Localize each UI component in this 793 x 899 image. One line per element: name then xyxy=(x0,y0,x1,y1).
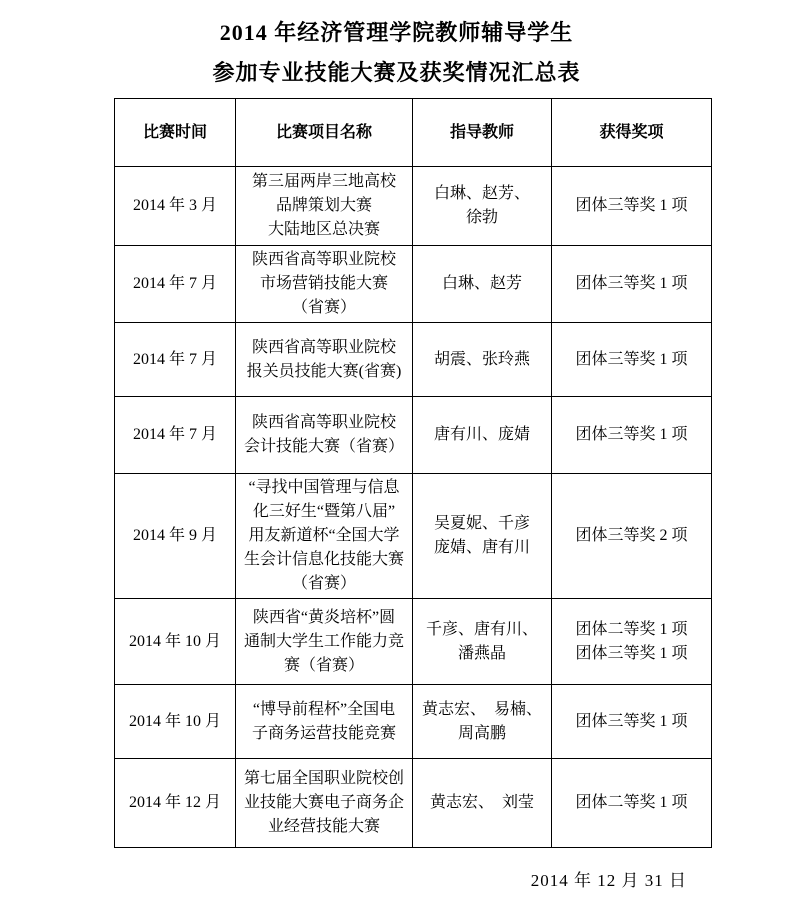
cell-award: 团体二等奖 1 项 xyxy=(552,759,712,848)
cell-award: 团体二等奖 1 项 团体三等奖 1 项 xyxy=(552,599,712,685)
table-row: 2014 年 9 月 “寻找中国管理与信息 化三好生“暨第八届” 用友新道杯“全… xyxy=(115,474,712,599)
table-row: 2014 年 10 月 “博导前程杯”全国电 子商务运营技能竞赛 黄志宏、 易楠… xyxy=(115,685,712,759)
header-guiding-teacher: 指导教师 xyxy=(413,99,552,167)
table-header-row: 比赛时间 比赛项目名称 指导教师 获得奖项 xyxy=(115,99,712,167)
cell-time: 2014 年 12 月 xyxy=(115,759,236,848)
cell-teachers: 白琳、赵芳 xyxy=(413,246,552,323)
cell-time: 2014 年 10 月 xyxy=(115,685,236,759)
footer-date: 2014 年 12 月 31 日 xyxy=(0,866,793,891)
cell-project: “寻找中国管理与信息 化三好生“暨第八届” 用友新道杯“全国大学 生会计信息化技… xyxy=(236,474,413,599)
cell-award: 团体三等奖 1 项 xyxy=(552,246,712,323)
cell-time: 2014 年 10 月 xyxy=(115,599,236,685)
page-title-line1: 2014 年经济管理学院教师辅导学生 xyxy=(0,13,793,53)
cell-project: 陕西省“黄炎培杯”圆 通制大学生工作能力竞 赛（省赛） xyxy=(236,599,413,685)
cell-award: 团体三等奖 1 项 xyxy=(552,167,712,246)
cell-teachers: 吴夏妮、千彦 庞婧、唐有川 xyxy=(413,474,552,599)
table-row: 2014 年 7 月 陕西省高等职业院校 报关员技能大赛(省赛) 胡震、张玲燕 … xyxy=(115,323,712,397)
cell-project: 第七届全国职业院校创 业技能大赛电子商务企 业经营技能大赛 xyxy=(236,759,413,848)
page-title-line2: 参加专业技能大赛及获奖情况汇总表 xyxy=(0,53,793,93)
cell-teachers: 白琳、赵芳、 徐勃 xyxy=(413,167,552,246)
cell-teachers: 唐有川、庞婧 xyxy=(413,397,552,474)
cell-time: 2014 年 3 月 xyxy=(115,167,236,246)
cell-project: 陕西省高等职业院校 会计技能大赛（省赛） xyxy=(236,397,413,474)
cell-time: 2014 年 7 月 xyxy=(115,246,236,323)
awards-summary-table: 比赛时间 比赛项目名称 指导教师 获得奖项 2014 年 3 月 第三届两岸三地… xyxy=(114,98,712,848)
cell-award: 团体三等奖 1 项 xyxy=(552,397,712,474)
cell-teachers: 黄志宏、 刘莹 xyxy=(413,759,552,848)
cell-time: 2014 年 7 月 xyxy=(115,397,236,474)
header-project-name: 比赛项目名称 xyxy=(236,99,413,167)
table-row: 2014 年 7 月 陕西省高等职业院校 市场营销技能大赛 （省赛） 白琳、赵芳… xyxy=(115,246,712,323)
cell-award: 团体三等奖 1 项 xyxy=(552,323,712,397)
cell-award: 团体三等奖 1 项 xyxy=(552,685,712,759)
header-competition-time: 比赛时间 xyxy=(115,99,236,167)
cell-teachers: 千彦、唐有川、 潘燕晶 xyxy=(413,599,552,685)
header-awards-won: 获得奖项 xyxy=(552,99,712,167)
cell-teachers: 黄志宏、 易楠、 周高鹏 xyxy=(413,685,552,759)
cell-teachers: 胡震、张玲燕 xyxy=(413,323,552,397)
cell-project: 陕西省高等职业院校 市场营销技能大赛 （省赛） xyxy=(236,246,413,323)
page-title: 2014 年经济管理学院教师辅导学生 参加专业技能大赛及获奖情况汇总表 xyxy=(0,0,793,93)
table-row: 2014 年 7 月 陕西省高等职业院校 会计技能大赛（省赛） 唐有川、庞婧 团… xyxy=(115,397,712,474)
table-row: 2014 年 10 月 陕西省“黄炎培杯”圆 通制大学生工作能力竞 赛（省赛） … xyxy=(115,599,712,685)
cell-award: 团体三等奖 2 项 xyxy=(552,474,712,599)
cell-project: 第三届两岸三地高校 品牌策划大赛 大陆地区总决赛 xyxy=(236,167,413,246)
cell-project: 陕西省高等职业院校 报关员技能大赛(省赛) xyxy=(236,323,413,397)
cell-time: 2014 年 7 月 xyxy=(115,323,236,397)
table-row: 2014 年 12 月 第七届全国职业院校创 业技能大赛电子商务企 业经营技能大… xyxy=(115,759,712,848)
cell-time: 2014 年 9 月 xyxy=(115,474,236,599)
table-row: 2014 年 3 月 第三届两岸三地高校 品牌策划大赛 大陆地区总决赛 白琳、赵… xyxy=(115,167,712,246)
cell-project: “博导前程杯”全国电 子商务运营技能竞赛 xyxy=(236,685,413,759)
